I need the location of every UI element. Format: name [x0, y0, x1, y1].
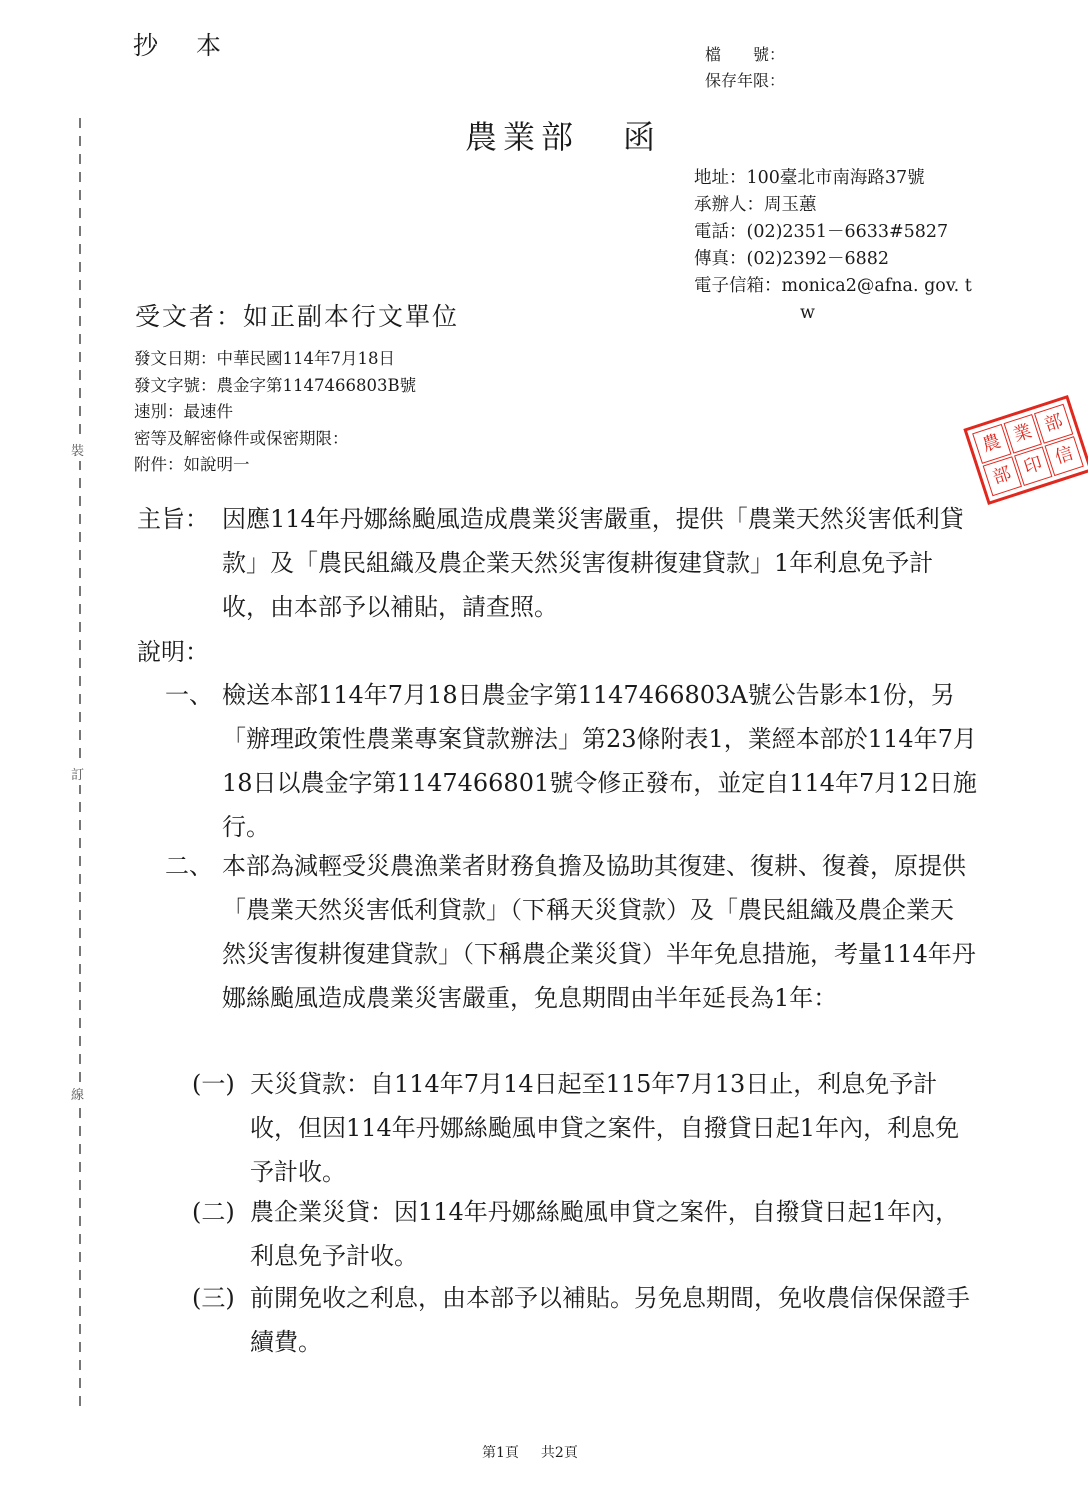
- item-text: 本部為減輕受災農漁業者財務負擔及協助其復建、復耕、復養，原提供「農業天然災害低利…: [222, 844, 977, 1020]
- retention-label: 保存年限：: [705, 68, 785, 94]
- copy-mark: 抄本: [133, 26, 259, 62]
- total-pages: 共2頁: [541, 1445, 578, 1461]
- contact-email-wrap: w: [694, 300, 972, 327]
- contact-address: 地址：100臺北市南海路37號: [694, 165, 972, 192]
- current-page: 第1頁: [482, 1445, 519, 1461]
- recipient: 受文者：如正副本行文單位: [135, 297, 459, 333]
- item-number: 一、: [165, 673, 213, 717]
- document-number: 發文字號：農金字第1147466803B號: [134, 373, 416, 400]
- contact-info: 地址：100臺北市南海路37號 承辦人：周玉蕙 電話：(02)2351－6633…: [694, 165, 972, 327]
- subitem-text: 天災貸款：自114年7月14日起至115年7月13日止，利息免予計收，但因114…: [250, 1062, 977, 1194]
- issue-date: 發文日期：中華民國114年7月18日: [134, 346, 416, 373]
- explanation-label: 說明：: [137, 630, 209, 674]
- subitem-number: (一): [192, 1062, 235, 1106]
- copy-mark-char-2: 本: [196, 31, 223, 60]
- subject-text: 因應114年丹娜絲颱風造成農業災害嚴重，提供「農業天然災害低利貸款」及「農民組織…: [222, 497, 977, 629]
- subitem-text: 前開免收之利息，由本部予以補貼。另免息期間，免收農信保保證手續費。: [250, 1276, 977, 1364]
- speed-class: 速別：最速件: [134, 399, 416, 426]
- contact-fax: 傳真：(02)2392－6882: [694, 246, 972, 273]
- contact-email: 電子信箱：monica2@afna. gov. t: [694, 273, 972, 300]
- attachment: 附件：如說明一: [134, 452, 416, 479]
- item-text: 檢送本部114年7月18日農金字第1147466803A號公告影本1份，另「辦理…: [222, 673, 977, 849]
- secrecy-level: 密等及解密條件或保密期限：: [134, 426, 416, 453]
- item-number: 二、: [165, 844, 213, 888]
- file-meta: 檔 號： 保存年限：: [705, 42, 785, 94]
- binding-mark-ding: 訂: [71, 762, 84, 785]
- binding-mark-xian: 線: [71, 1082, 84, 1105]
- page-number: 第1頁共2頁: [482, 1442, 578, 1462]
- title-org: 農業部: [465, 118, 579, 156]
- subitem-number: (三): [192, 1276, 235, 1320]
- subitem-text: 農企業災貸：因114年丹娜絲颱風申貸之案件，自撥貸日起1年內，利息免予計收。: [250, 1190, 977, 1278]
- contact-handler: 承辦人：周玉蕙: [694, 192, 972, 219]
- title-type: 函: [623, 118, 661, 156]
- file-number-label: 檔 號：: [705, 42, 785, 68]
- subitem-number: (二): [192, 1190, 235, 1234]
- subject-label: 主旨：: [137, 497, 209, 541]
- official-seal-icon: 農 業 部 部 印 信: [963, 395, 1088, 505]
- binding-mark-zhuang: 裝: [71, 438, 84, 461]
- contact-phone: 電話：(02)2351－6633#5827: [694, 219, 972, 246]
- copy-mark-char-1: 抄: [133, 31, 160, 60]
- document-meta: 發文日期：中華民國114年7月18日 發文字號：農金字第1147466803B號…: [134, 346, 416, 479]
- page-title: 農業部函: [465, 112, 661, 158]
